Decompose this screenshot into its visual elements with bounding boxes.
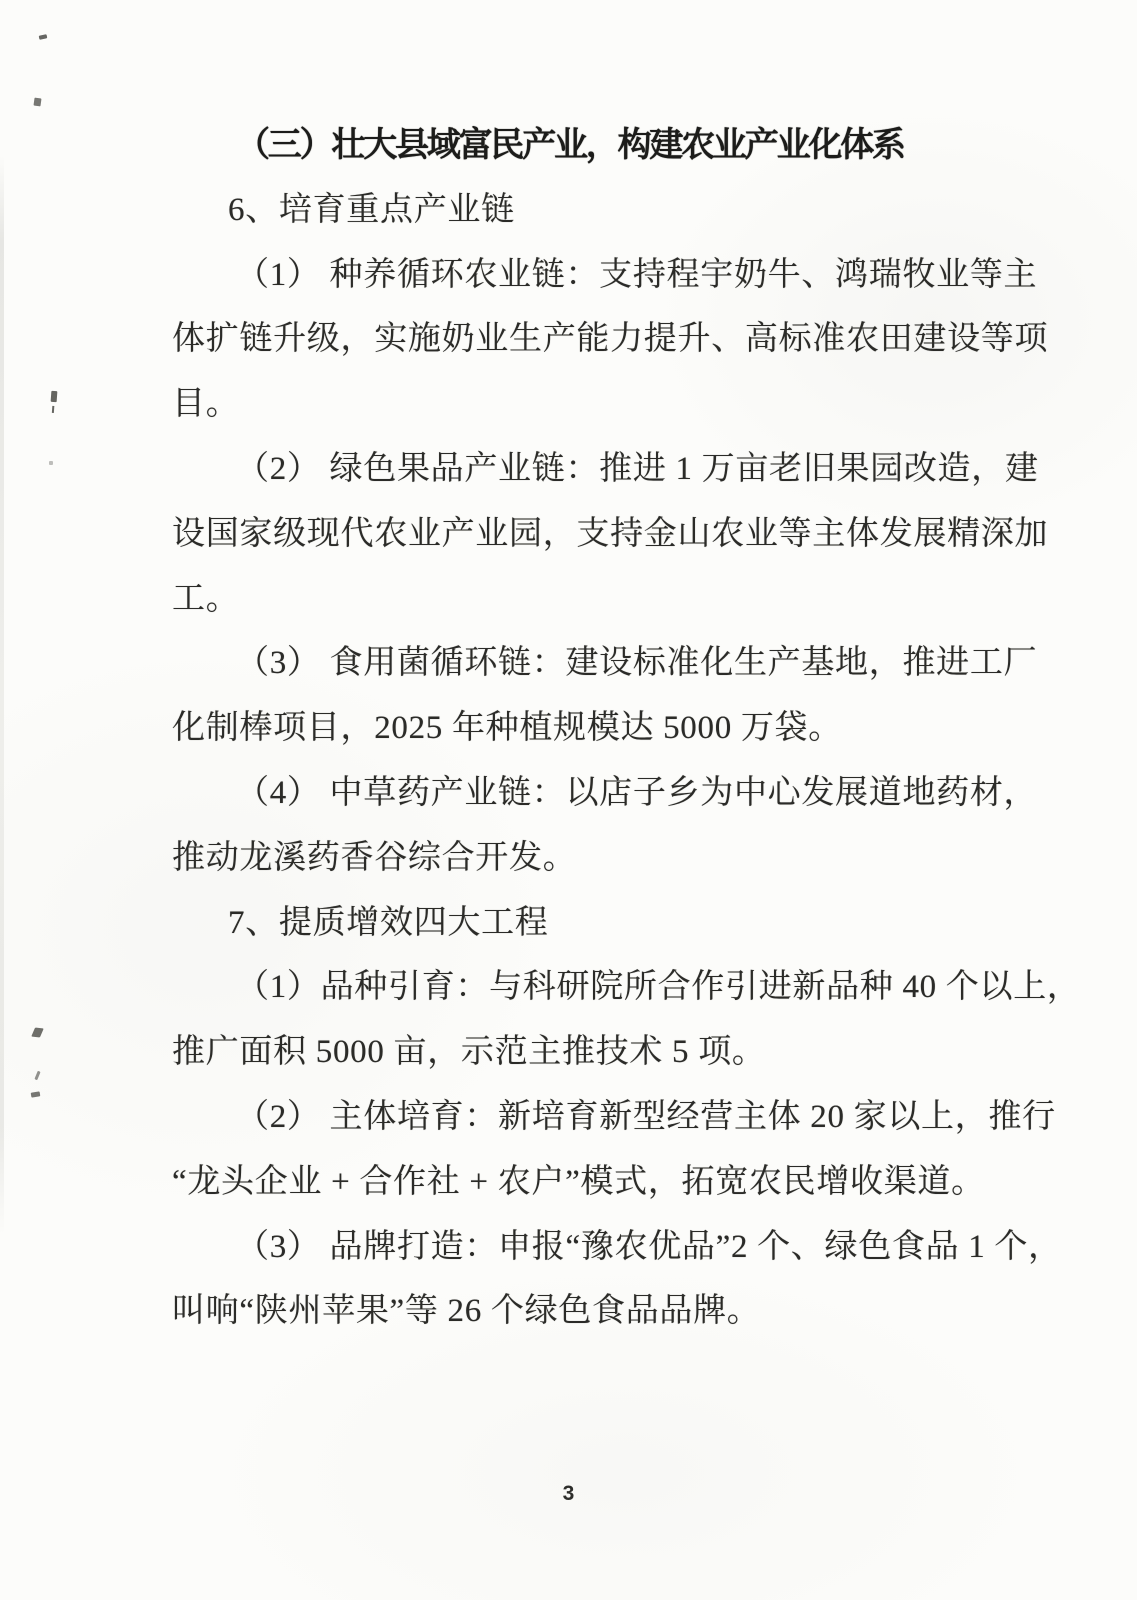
- subsection-heading: 6、培育重点产业链: [172, 178, 984, 243]
- text-line: 设国家级现代农业产业园，支持金山农业等主体发展精深加: [172, 502, 984, 567]
- scan-artifact: [39, 34, 48, 40]
- text-line: 工。: [172, 567, 984, 632]
- section-heading: （三）壮大县域富民产业，构建农业产业化体系: [172, 113, 984, 178]
- text-line: （3） 食用菌循环链：建设标准化生产基地，推进工厂: [172, 631, 984, 696]
- text-line: 化制棒项目，2025 年种植规模达 5000 万袋。: [172, 696, 984, 761]
- text-line: （4） 中草药产业链：以店子乡为中心发展道地药材，: [172, 761, 984, 826]
- document-page: （三）壮大县域富民产业，构建农业产业化体系6、培育重点产业链（1） 种养循环农业…: [0, 0, 1137, 1600]
- text-line: （1）品种引育：与科研院所合作引进新品种 40 个以上，: [172, 955, 984, 1020]
- scan-artifact: [31, 1091, 41, 1097]
- document-blocks: （三）壮大县域富民产业，构建农业产业化体系6、培育重点产业链（1） 种养循环农业…: [172, 113, 984, 1344]
- text-line: （1） 种养循环农业链：支持程宇奶牛、鸿瑞牧业等主: [172, 243, 984, 308]
- text-line: 推广面积 5000 亩，示范主推技术 5 项。: [172, 1020, 984, 1085]
- text-line: 目。: [172, 372, 984, 437]
- subsection-heading: 7、提质增效四大工程: [172, 891, 984, 956]
- scan-artifact: [34, 1071, 40, 1080]
- text-line: （2） 绿色果品产业链：推进 1 万亩老旧果园改造，建: [172, 437, 984, 502]
- scan-artifact: [49, 461, 53, 465]
- scan-artifact: [33, 98, 41, 107]
- text-line: “龙头企业 + 合作社 + 农户”模式，拓宽农民增收渠道。: [172, 1150, 984, 1215]
- text-line: 体扩链升级，实施奶业生产能力提升、高标准农田建设等项: [172, 307, 984, 372]
- text-line: （3） 品牌打造：申报“豫农优品”2 个、绿色食品 1 个，: [172, 1215, 984, 1280]
- scan-edge-streak: [0, 155, 4, 1235]
- page-number: 3: [0, 1482, 1137, 1506]
- text-line: 叫响“陕州苹果”等 26 个绿色食品品牌。: [172, 1279, 984, 1344]
- scan-artifact: [31, 1028, 43, 1038]
- text-line: （2） 主体培育：新培育新型经营主体 20 家以上，推行: [172, 1085, 984, 1150]
- scan-artifact: [51, 391, 58, 402]
- text-line: 推动龙溪药香谷综合开发。: [172, 826, 984, 891]
